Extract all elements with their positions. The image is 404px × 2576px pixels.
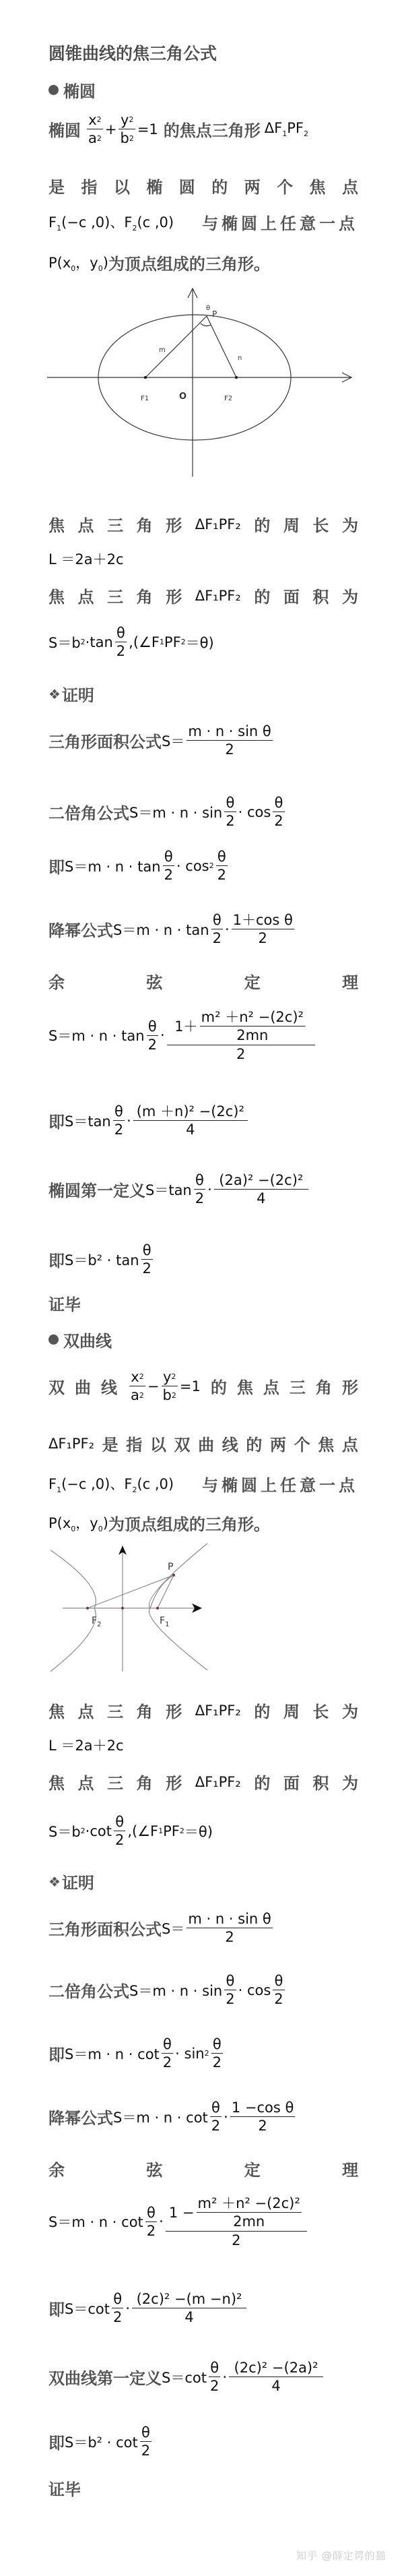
hyperbola-perimeter-formula: L ＝2a＋2c [48, 1735, 124, 1755]
f1-label: F1 [141, 395, 149, 402]
ellipse-equation: x2a2 + y2b2 =1 [85, 111, 158, 148]
ellipse-intro-line4: P(x0，y0) 为顶点组成的三角形。 [48, 251, 270, 274]
hyperbola-proof-step-2: 二倍角公式 S＝m · n · sin θ2 · cos θ2 [48, 1972, 287, 2008]
ellipse-proof-step-3: 即 S＝m · n · tan θ2 · cos2 θ2 [48, 848, 230, 884]
hyperbola-equation: x2a2 − y2b2 =1 [127, 1368, 201, 1405]
p-label: P [168, 1562, 173, 1572]
hyperbola-intro-line4: P(x0，y0) 为顶点组成的三角形。 [48, 1511, 270, 1535]
f1-label: F1 [160, 1616, 169, 1628]
hyperbola-perimeter-line: 焦点三角形ΔF₁PF₂的周长为 [48, 1698, 358, 1722]
ellipse-area-line: 焦点三角形ΔF₁PF₂的面积为 [48, 584, 358, 607]
ellipse-proof-heading: ❖证明 [48, 682, 94, 706]
ellipse-proof-step-6: 椭圆第一定义 S＝tan θ2· (2a)² −(2c)²4 [48, 1171, 310, 1208]
hyperbola-proof-step-4: 降幂公式 S＝m · n · cot θ2· 1 −cos θ2 [48, 2099, 297, 2135]
hyperbola-area-line: 焦点三角形ΔF₁PF₂的面积为 [48, 1770, 358, 1793]
ellipse-qed: 证毕 [48, 1291, 81, 1315]
ellipse-proof-step-1: 三角形面积公式 S＝ m · n · sin θ2 [48, 723, 275, 759]
hyperbola-intro-line: 双曲线 x2a2 − y2b2 =1 的焦点三角形 [48, 1368, 358, 1405]
diamond-icon: ❖ [48, 1874, 61, 1890]
ellipse-intro-line2: 是指以椭圆的两个焦点 [48, 174, 358, 197]
intro-suffix: 的焦点三角形 [164, 117, 261, 141]
ellipse-intro-line3: F1(−c ,0)、F2(c ,0) 与椭圆上任意一点 [48, 210, 358, 234]
section-heading-hyperbola: 双曲线 [48, 1328, 112, 1351]
hyperbola-proof-step-1: 三角形面积公式 S＝ m · n · sin θ2 [48, 1910, 275, 1946]
hyperbola-qed: 证毕 [48, 2476, 81, 2500]
hyperbola-proof-step-5: 即 S＝cot θ2· (2c)² −(m −n)²4 [48, 2290, 248, 2327]
diamond-icon: ❖ [48, 686, 61, 702]
hyperbola-proof-step-7: 即 S＝b² · cot θ2 [48, 2424, 154, 2460]
hyperbola-proof-step-3: 即 S＝m · n · cot θ2 · sin2 θ2 [48, 2035, 225, 2072]
ellipse-cosine-law-formula: S＝m · n · tan θ2· 1＋ m² ＋n² −(2c)²2mn 2 [48, 1008, 317, 1063]
ellipse-focal-triangle-diagram: θ P m n F1 O F2 [0, 283, 404, 485]
intro-prefix: 椭圆 [48, 117, 81, 141]
hyperbola-intro-line3: F1(−c ,0)、F2(c ,0) 与椭圆上任意一点 [48, 1472, 358, 1496]
hyperbola-proof-heading: ❖证明 [48, 1870, 94, 1893]
ellipse-proof-step-4: 降幂公式 S＝m · n · tan θ2· 1＋cos θ2 [48, 911, 296, 948]
triangle-symbol: ΔF1PF2 [265, 120, 308, 138]
hyperbola-area-formula: S＝b2·cot θ2 ,(∠F1PF2 ＝θ) [48, 1813, 213, 1849]
ellipse-perimeter-formula: L ＝2a＋2c [48, 549, 124, 569]
ellipse-proof-step-7: 即 S＝b² · tan θ2 [48, 1241, 155, 1278]
hyperbola-intro-line2: ΔF₁PF₂ 是指以双曲线的两个焦点 [48, 1432, 358, 1455]
bullet-icon [48, 85, 59, 95]
ellipse-perimeter-line: 焦点三角形ΔF₁PF₂的周长为 [48, 512, 358, 536]
ellipse-cosine-law-label: 余弦定理 [48, 969, 358, 993]
page-title: 圆锥曲线的焦三角公式 [48, 40, 217, 65]
ellipse-proof-step-5: 即 S＝tan θ2· (m ＋n)² −(2c)²4 [48, 1103, 250, 1139]
origin-label: O [179, 392, 187, 402]
hyperbola-focal-triangle-diagram: P F2 F1 [40, 1540, 215, 1675]
p-label: P [212, 309, 217, 319]
bullet-icon [48, 1335, 59, 1345]
section-heading-ellipse: 椭圆 [48, 78, 96, 102]
m-label: m [159, 346, 166, 354]
theta-label: θ [206, 305, 210, 312]
heading-text: 椭圆 [63, 78, 96, 102]
n-label: n [238, 355, 242, 362]
f2-label: F2 [224, 395, 232, 402]
zhihu-watermark: 知乎 @薛定谔的猫 [296, 2548, 386, 2563]
hyperbola-cosine-law-label: 余弦定理 [48, 2157, 358, 2180]
hyperbola-proof-step-6: 双曲线第一定义 S＝cot θ2· (2c)² −(2a)²4 [48, 2359, 325, 2395]
hyperbola-cosine-law-formula: S＝m · n · cot θ2· 1 − m² ＋n² −(2c)²2mn 2 [48, 2195, 309, 2249]
ellipse-intro-line: 椭圆 x2a2 + y2b2 =1 的焦点三角形 ΔF1PF2 [48, 111, 308, 148]
ellipse-proof-step-2: 二倍角公式 S＝m · n · sin θ2 · cos θ2 [48, 794, 287, 830]
ellipse-area-formula: S＝b2·tan θ2 ,(∠F1PF2 ＝θ) [48, 624, 214, 661]
